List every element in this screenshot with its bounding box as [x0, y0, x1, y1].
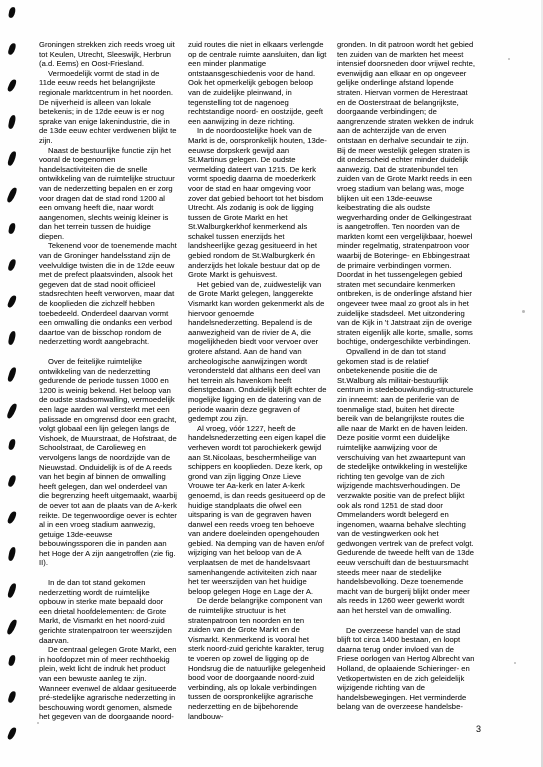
paragraph: De derde belangrijke component van de ru… [188, 596, 327, 721]
text-columns: Groningen strekken zich reeds vroeg uit … [39, 40, 476, 722]
scanned-book-page: Groningen strekken zich reeds vroeg uit … [0, 0, 543, 767]
text-column: zuid routes die niet in elkaars verlengd… [188, 40, 327, 722]
paragraph: De overzeese handel van de stad blijft t… [337, 626, 476, 712]
paragraph: zuid routes die niet in elkaars verlengd… [188, 40, 327, 126]
scan-speck [522, 310, 525, 313]
binding-mark [6, 618, 18, 635]
binding-mark [7, 726, 17, 740]
binding-mark [7, 150, 17, 166]
binding-mark [7, 258, 16, 271]
binding-mark [7, 294, 17, 308]
binding-mark [8, 223, 16, 235]
paragraph: Groningen strekken zich reeds vroeg uit … [39, 40, 178, 69]
paragraph: Naast de bestuurlijke functie zijn het v… [39, 146, 178, 242]
text-column: Groningen strekken zich reeds vroeg uit … [39, 40, 178, 722]
binding-mark [7, 510, 17, 524]
paragraph: De centraal gelegen Grote Markt, een in … [39, 645, 178, 722]
paragraph: In de dan tot stand gekomen nederzetting… [39, 578, 178, 645]
binding-mark [7, 366, 17, 382]
binding-mark [7, 78, 17, 92]
scan-speck [514, 662, 516, 664]
binding-mark [8, 7, 16, 19]
text-column: gronden. In dit patroon wordt het gebied… [337, 40, 476, 722]
scan-speck [37, 722, 39, 724]
scan-speck [508, 58, 510, 60]
binding-marks [0, 0, 30, 767]
binding-mark [7, 474, 16, 487]
paragraph: Het gebied van de, zuidwestelijk van de … [188, 280, 327, 424]
paragraph: Tekenend voor de toenemende macht van de… [39, 241, 178, 347]
paragraph: Over de feitelijke ruimtelijke ontwikkel… [39, 357, 178, 568]
page-number: 3 [476, 724, 481, 734]
binding-mark [6, 186, 18, 203]
paragraph: In de noordoostelijke hoek van de Markt … [188, 126, 327, 280]
binding-mark [8, 331, 16, 346]
binding-mark [8, 439, 16, 451]
binding-mark [7, 582, 17, 598]
paragraph: Opvallend in de dan tot stand gekomen st… [337, 347, 476, 616]
binding-mark [8, 547, 16, 562]
paragraph: Vermoedelijk vormt de stad in de 11de ee… [39, 69, 178, 146]
binding-mark [7, 42, 16, 55]
binding-mark [8, 655, 16, 667]
binding-mark [6, 402, 18, 419]
binding-mark [7, 690, 16, 703]
paragraph: gronden. In dit patroon wordt het gebied… [337, 40, 476, 347]
binding-mark [8, 115, 16, 130]
paragraph: Al vroeg, vóór 1227, heeft de handelsned… [188, 424, 327, 597]
